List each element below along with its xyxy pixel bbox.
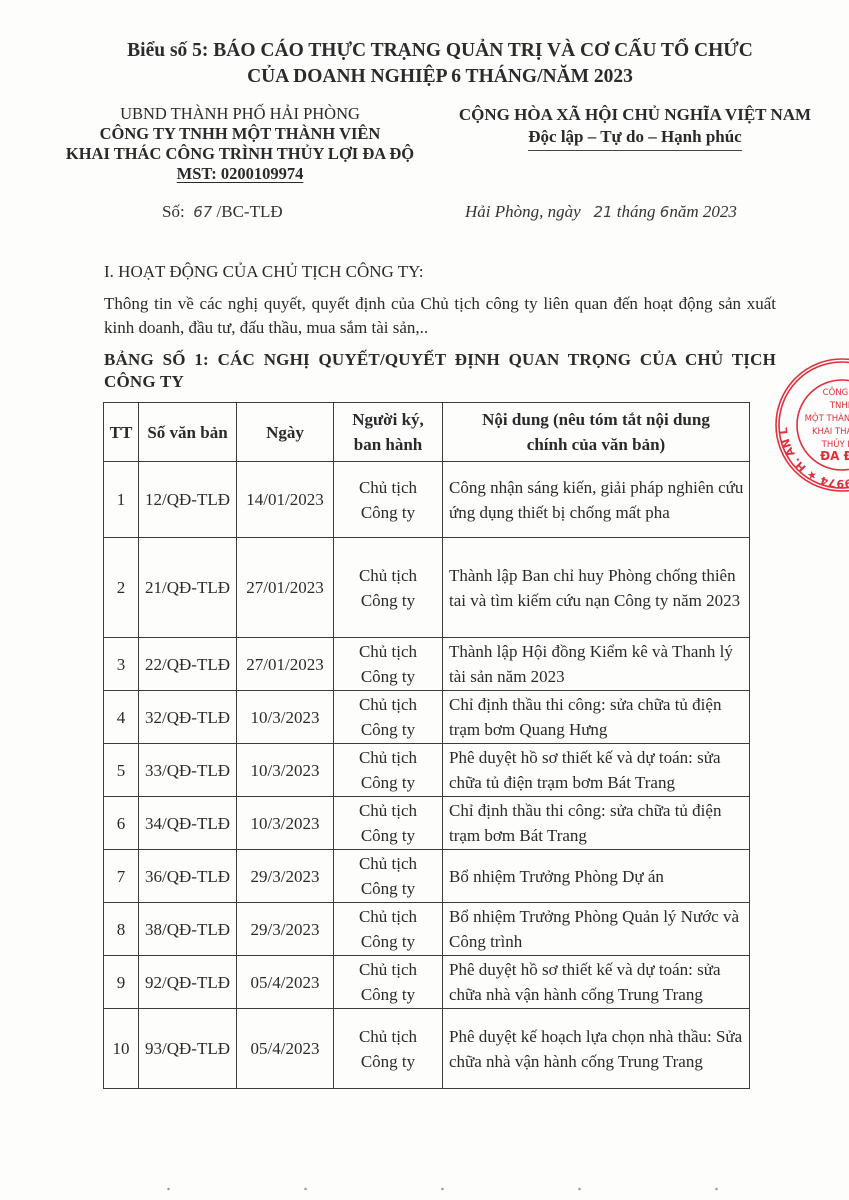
cell-content: Bổ nhiệm Trưởng Phòng Quản lý Nước và Cô…	[443, 903, 750, 956]
header-tt: TT	[104, 403, 139, 462]
cell-signer: Chủ tịchCông ty	[334, 956, 443, 1009]
cell-date: 05/4/2023	[237, 956, 334, 1009]
table-row: 634/QĐ-TLĐ10/3/2023Chủ tịchCông tyChỉ đị…	[104, 797, 750, 850]
stamp-inner-text: KHAI THÁC CT	[812, 425, 849, 437]
cell-signer: Chủ tịchCông ty	[334, 638, 443, 691]
company-seal-stamp: SĐKKD:0200109974 ★ H. AN LÃO T.P CÔNG TY…	[772, 355, 849, 495]
document-number-handwritten: 67	[193, 203, 212, 221]
table-row: 838/QĐ-TLĐ29/3/2023Chủ tịchCông tyBổ nhi…	[104, 903, 750, 956]
tax-code: MST: 0200109974	[177, 164, 304, 183]
cell-tt: 10	[104, 1009, 139, 1089]
issuer-company-line1: CÔNG TY TNHH MỘT THÀNH VIÊN	[50, 124, 430, 144]
cell-date: 29/3/2023	[237, 903, 334, 956]
cell-date: 14/01/2023	[237, 462, 334, 538]
cell-content: Phê duyệt hồ sơ thiết kế và dự toán: sửa…	[443, 744, 750, 797]
table-row: 221/QĐ-TLĐ27/01/2023Chủ tịchCông tyThành…	[104, 538, 750, 638]
report-title: Biểu số 5: BÁO CÁO THỰC TRẠNG QUẢN TRỊ V…	[60, 38, 820, 90]
header-content: Nội dung (nêu tóm tắt nội dung chính của…	[443, 403, 750, 462]
cell-number: 93/QĐ-TLĐ	[139, 1009, 237, 1089]
cell-tt: 7	[104, 850, 139, 903]
cell-date: 29/3/2023	[237, 850, 334, 903]
cell-number: 32/QĐ-TLĐ	[139, 691, 237, 744]
issuer-block: UBND THÀNH PHỐ HẢI PHÒNG CÔNG TY TNHH MỘ…	[50, 104, 430, 184]
cell-date: 10/3/2023	[237, 744, 334, 797]
cell-signer: Chủ tịchCông ty	[334, 691, 443, 744]
cell-signer: Chủ tịchCông ty	[334, 797, 443, 850]
table-row: 112/QĐ-TLĐ14/01/2023Chủ tịchCông tyCông …	[104, 462, 750, 538]
header-signer: Người ký, ban hành	[334, 403, 443, 462]
cell-number: 22/QĐ-TLĐ	[139, 638, 237, 691]
cell-content: Bổ nhiệm Trưởng Phòng Dự án	[443, 850, 750, 903]
cell-content: Chỉ định thầu thi công: sửa chữa tủ điện…	[443, 797, 750, 850]
cell-signer: Chủ tịchCông ty	[334, 462, 443, 538]
cell-tt: 8	[104, 903, 139, 956]
document-page: Biểu số 5: BÁO CÁO THỰC TRẠNG QUẢN TRỊ V…	[0, 0, 849, 1200]
cell-signer: Chủ tịchCông ty	[334, 744, 443, 797]
cell-content: Thành lập Hội đồng Kiểm kê và Thanh lý t…	[443, 638, 750, 691]
stamp-inner-text: THỦY LỢI	[821, 438, 849, 450]
national-header: CỘNG HÒA XÃ HỘI CHỦ NGHĨA VIỆT NAM Độc l…	[425, 104, 845, 151]
table-row: 1093/QĐ-TLĐ05/4/2023Chủ tịchCông tyPhê d…	[104, 1009, 750, 1089]
issue-day-handwritten: 21	[593, 203, 612, 221]
table-body: 112/QĐ-TLĐ14/01/2023Chủ tịchCông tyCông …	[104, 462, 750, 1089]
cell-tt: 6	[104, 797, 139, 850]
cell-content: Công nhận sáng kiến, giải pháp nghiên cứ…	[443, 462, 750, 538]
decisions-table: TT Số văn bản Ngày Người ký, ban hành Nộ…	[103, 402, 750, 1089]
table-row: 992/QĐ-TLĐ05/4/2023Chủ tịchCông tyPhê du…	[104, 956, 750, 1009]
cell-number: 92/QĐ-TLĐ	[139, 956, 237, 1009]
table-row: 533/QĐ-TLĐ10/3/2023Chủ tịchCông tyPhê du…	[104, 744, 750, 797]
cell-date: 27/01/2023	[237, 538, 334, 638]
cell-number: 12/QĐ-TLĐ	[139, 462, 237, 538]
cell-date: 27/01/2023	[237, 638, 334, 691]
cell-signer: Chủ tịchCông ty	[334, 850, 443, 903]
cell-tt: 3	[104, 638, 139, 691]
table-row: 322/QĐ-TLĐ27/01/2023Chủ tịchCông tyThành…	[104, 638, 750, 691]
section-intro: Thông tin về các nghị quyết, quyết định …	[104, 292, 776, 340]
cell-tt: 2	[104, 538, 139, 638]
cell-tt: 4	[104, 691, 139, 744]
cell-signer: Chủ tịchCông ty	[334, 1009, 443, 1089]
cell-date: 10/3/2023	[237, 797, 334, 850]
cell-signer: Chủ tịchCông ty	[334, 903, 443, 956]
cell-content: Phê duyệt kế hoạch lựa chọn nhà thầu: Sử…	[443, 1009, 750, 1089]
cell-content: Phê duyệt hồ sơ thiết kế và dự toán: sửa…	[443, 956, 750, 1009]
cell-tt: 5	[104, 744, 139, 797]
report-title-line2: CỦA DOANH NGHIỆP 6 THÁNG/NĂM 2023	[60, 64, 820, 90]
table-row: 432/QĐ-TLĐ10/3/2023Chủ tịchCông tyChỉ đị…	[104, 691, 750, 744]
stamp-ring-text: SĐKKD:0200109974 ★ H. AN LÃO T.P	[772, 355, 849, 490]
stamp-inner-text: ĐA ĐỘ	[820, 448, 849, 463]
table-title: BẢNG SỐ 1: CÁC NGHỊ QUYẾT/QUYẾT ĐỊNH QUA…	[104, 349, 776, 393]
cell-number: 34/QĐ-TLĐ	[139, 797, 237, 850]
cell-date: 05/4/2023	[237, 1009, 334, 1089]
cell-signer: Chủ tịchCông ty	[334, 538, 443, 638]
stamp-inner-text: MỘT THÀNH VIÊN	[805, 412, 849, 424]
document-number: Số: 67 /BC-TLĐ	[162, 202, 283, 222]
issue-month-handwritten: 6	[660, 203, 670, 221]
stamp-inner-text: TNHH	[829, 401, 849, 411]
header-date: Ngày	[237, 403, 334, 462]
report-title-line1: Biểu số 5: BÁO CÁO THỰC TRẠNG QUẢN TRỊ V…	[60, 38, 820, 64]
national-name: CỘNG HÒA XÃ HỘI CHỦ NGHĨA VIỆT NAM	[425, 104, 845, 126]
cell-tt: 9	[104, 956, 139, 1009]
cell-date: 10/3/2023	[237, 691, 334, 744]
table-header-row: TT Số văn bản Ngày Người ký, ban hành Nộ…	[104, 403, 750, 462]
cell-number: 33/QĐ-TLĐ	[139, 744, 237, 797]
cell-tt: 1	[104, 462, 139, 538]
issue-date: Hải Phòng, ngày 21 tháng 6năm 2023	[465, 202, 737, 222]
cell-content: Thành lập Ban chỉ huy Phòng chống thiên …	[443, 538, 750, 638]
table-row: 736/QĐ-TLĐ29/3/2023Chủ tịchCông tyBổ nhi…	[104, 850, 750, 903]
page-bottom-dots	[100, 1186, 800, 1192]
header-number: Số văn bản	[139, 403, 237, 462]
stamp-inner-text: CÔNG TY	[823, 386, 849, 398]
cell-number: 21/QĐ-TLĐ	[139, 538, 237, 638]
svg-text:SĐKKD:0200109974 ★ H. AN LÃO T: SĐKKD:0200109974 ★ H. AN LÃO T.P	[772, 355, 849, 490]
issuer-company-line2: KHAI THÁC CÔNG TRÌNH THỦY LỢI ĐA ĐỘ	[50, 144, 430, 164]
cell-number: 38/QĐ-TLĐ	[139, 903, 237, 956]
section-heading: I. HOẠT ĐỘNG CỦA CHỦ TỊCH CÔNG TY:	[104, 262, 424, 282]
issuer-authority: UBND THÀNH PHỐ HẢI PHÒNG	[50, 104, 430, 124]
cell-number: 36/QĐ-TLĐ	[139, 850, 237, 903]
national-motto: Độc lập – Tự do – Hạnh phúc	[528, 126, 741, 151]
cell-content: Chỉ định thầu thi công: sửa chữa tủ điện…	[443, 691, 750, 744]
